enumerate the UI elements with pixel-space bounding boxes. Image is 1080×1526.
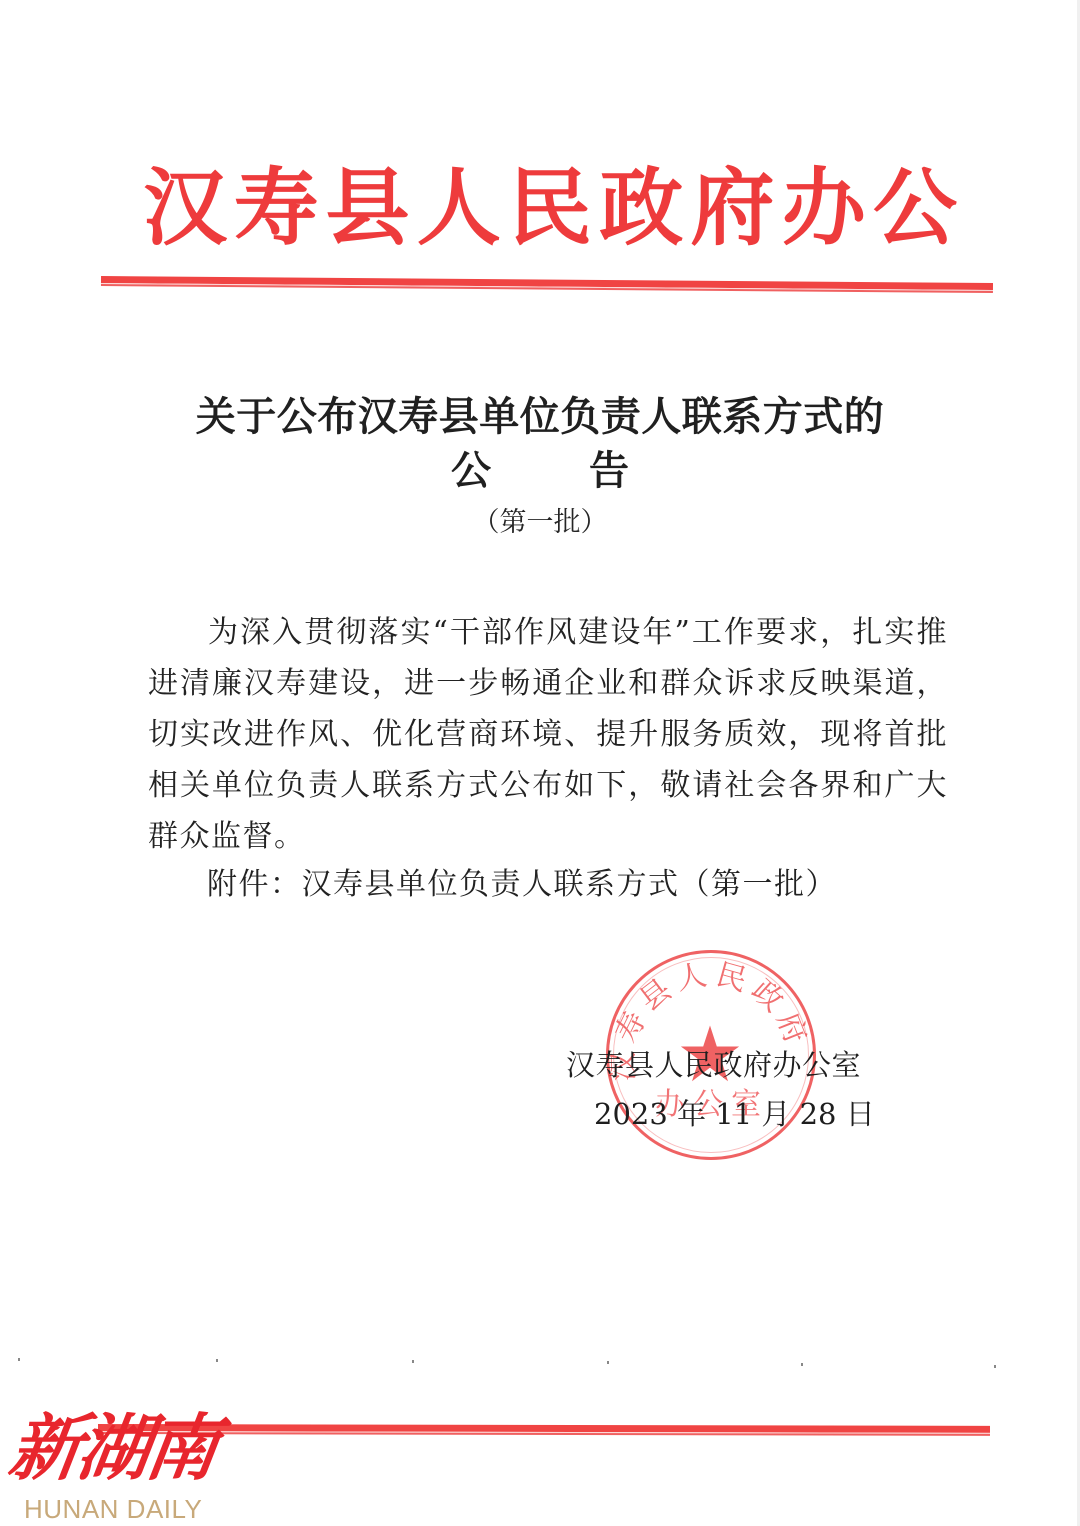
letterhead-char: 汉 (140, 158, 230, 258)
hunan-daily-logo: 新湖南 HUNAN DAILY (10, 1398, 220, 1526)
letterhead-char: 府 (688, 158, 778, 258)
letterhead-divider (101, 276, 993, 293)
logo-chinese: 新湖南 (3, 1398, 221, 1498)
scan-speck (801, 1363, 803, 1366)
notice-title-char: 公 (451, 447, 491, 494)
attachment-line: 附件：汉寿县单位负责人联系方式（第一批） (207, 862, 837, 908)
signature-org: 汉寿县人民政府办公室 (566, 1044, 861, 1086)
signature-date: 2023 年 11 月 28 日 (594, 1093, 875, 1135)
letterhead-char: 人 (414, 158, 504, 258)
scan-speck (412, 1360, 414, 1363)
notice-title-type: 公告 (0, 444, 1080, 498)
body-paragraph: 为深入贯彻落实“干部作风建设年”工作要求，扎实推进清廉汉寿建设，进一步畅通企业和… (148, 607, 948, 862)
letterhead-char: 办 (779, 158, 869, 258)
scan-speck (994, 1365, 996, 1368)
footer-divider (98, 1424, 990, 1436)
letterhead-char: 政 (596, 158, 686, 258)
letterhead-char: 寿 (231, 158, 321, 258)
notice-body: 为深入贯彻落实“干部作风建设年”工作要求，扎实推进清廉汉寿建设，进一步畅通企业和… (148, 607, 948, 862)
letterhead-char: 民 (505, 158, 595, 258)
notice-title: 关于公布汉寿县单位负责人联系方式的 (0, 390, 1080, 444)
notice-title-char: 告 (589, 447, 629, 494)
scan-speck (607, 1361, 609, 1364)
logo-english: HUNAN DAILY (24, 1494, 202, 1524)
letterhead-title: 汉 寿 县 人 民 政 府 办 公 (140, 158, 960, 258)
scan-speck (18, 1358, 20, 1361)
letterhead-char: 县 (323, 158, 413, 258)
scan-speck (216, 1359, 218, 1362)
notice-batch: （第一批） (0, 505, 1080, 541)
letterhead-char: 公 (870, 158, 960, 258)
